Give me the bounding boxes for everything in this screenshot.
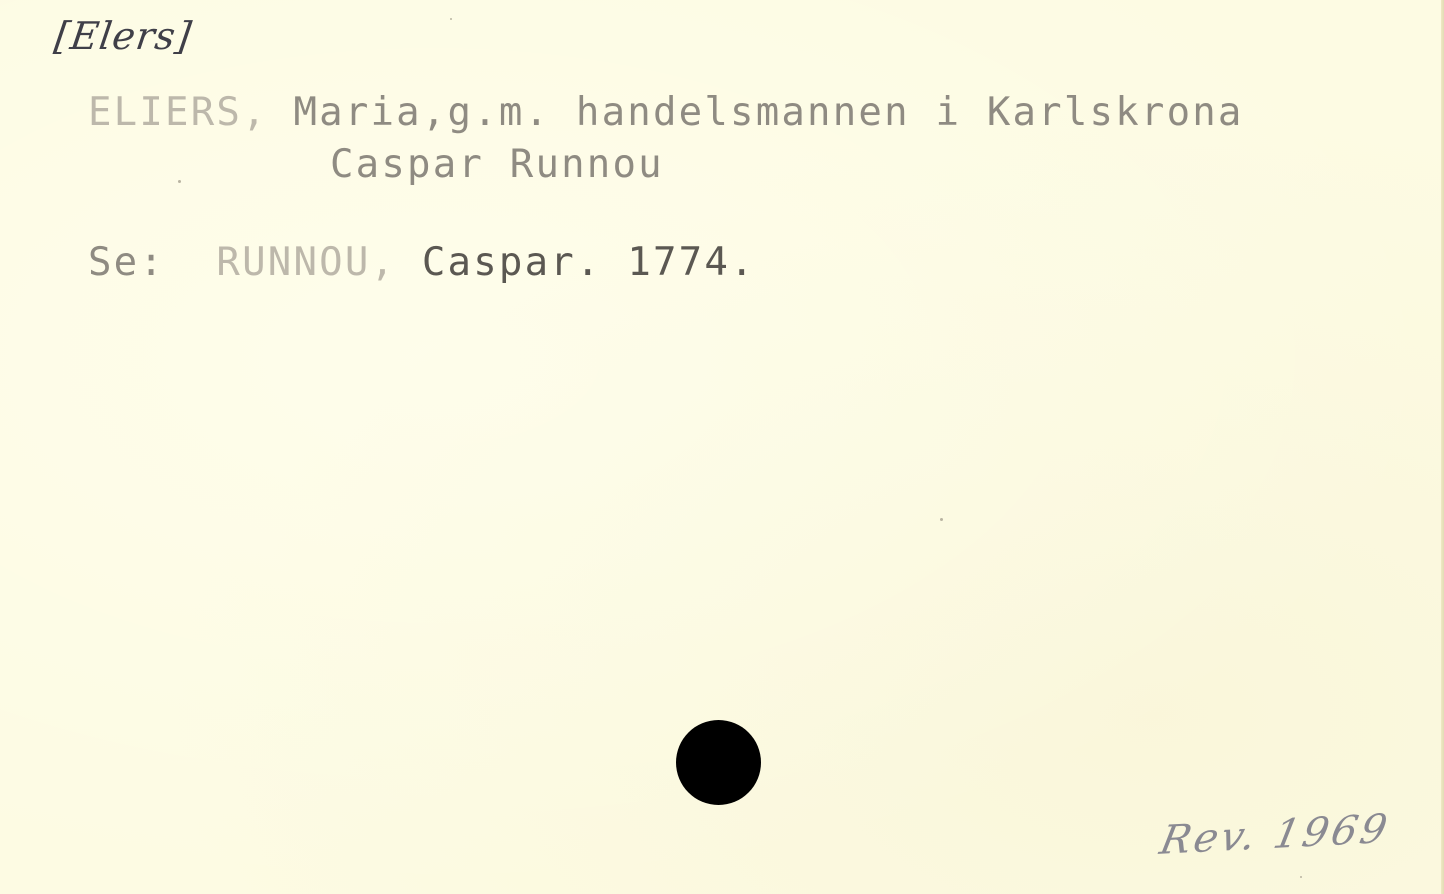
see-target-details: Caspar. 1774. [422,240,756,285]
paper-speck [178,180,181,183]
see-reference: Se: RUNNOU, Caspar. 1774. [88,240,756,285]
entry-line-2: Caspar Runnou [330,142,664,187]
entry-surname: ELIERS, [88,90,268,135]
punch-hole [676,720,761,805]
handwritten-revision-note: Rev. 1969 [1156,806,1394,864]
paper-speck [450,18,452,20]
paper-speck [1300,876,1302,878]
handwritten-header-note: [Elers] [52,14,195,58]
entry-line-1: ELIERS, Maria,g.m. handelsmannen i Karls… [88,90,1244,135]
paper-speck [940,518,943,521]
see-target-name: RUNNOU, [216,240,396,285]
catalog-card: [Elers] ELIERS, Maria,g.m. handelsmannen… [0,0,1444,894]
see-prefix: Se: [88,240,165,285]
entry-description: Maria,g.m. handelsmannen i Karlskrona [293,90,1243,135]
